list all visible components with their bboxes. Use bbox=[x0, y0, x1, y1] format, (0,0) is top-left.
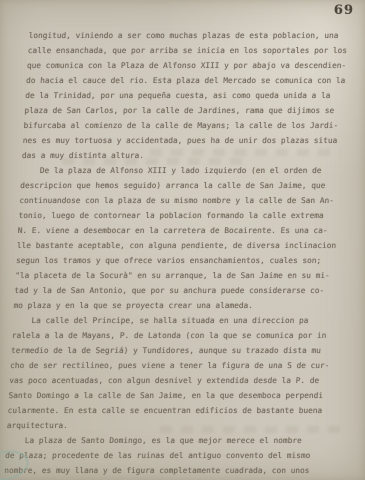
text-line: N. E. viene a desembocar en la carretera… bbox=[17, 223, 348, 238]
text-line: de la Trinidad, por una pequeña cuesta, … bbox=[25, 88, 356, 103]
ghost-text-smudge bbox=[62, 158, 247, 165]
text-line: "la placeta de la Socurà" en su arranque… bbox=[15, 268, 346, 283]
scanned-document-page: 69 longitud, viniendo a ser como muchas … bbox=[0, 0, 365, 480]
text-line: continuandose con la plaza de su mismo n… bbox=[19, 193, 350, 208]
text-line: vas poco acentuadas, con algun desnivel … bbox=[9, 373, 340, 388]
text-line: cularmente. En esta calle se encuentran … bbox=[7, 403, 338, 418]
text-line: La plaza de Santo Domingo, es la que mej… bbox=[6, 433, 337, 448]
text-line: tonio, luego de contornear la poblacion … bbox=[18, 208, 349, 223]
text-line: calle ensanchada, que por arriba se inic… bbox=[27, 43, 358, 58]
ghost-text-smudge bbox=[160, 426, 340, 433]
ghost-text-smudge bbox=[150, 149, 340, 156]
page-number: 69 bbox=[334, 3, 354, 18]
text-line: segun los tramos y que ofrece varios ens… bbox=[16, 253, 347, 268]
text-line: descripcion que hemos seguido) arranca l… bbox=[20, 178, 351, 193]
text-line: nombre, es muy llana y de figura complet… bbox=[4, 463, 335, 478]
text-line: longitud, viniendo a ser como muchas pla… bbox=[28, 28, 359, 43]
text-line: lle bastante aceptable, con alguna pendi… bbox=[16, 238, 347, 253]
text-line: bifurcaba al comienzo de la calle de May… bbox=[23, 118, 354, 133]
text-line: termedio de la de Segriá) y Tundidores, … bbox=[11, 343, 342, 358]
text-line: tad y la de San Antonio, que por su anch… bbox=[14, 283, 345, 298]
text-line: Santo Domingo a la calle de San Jaime, e… bbox=[8, 388, 339, 403]
text-line: nes es muy tortuosa y accidentada, pues … bbox=[22, 133, 353, 148]
typewritten-text-block: longitud, viniendo a ser como muchas pla… bbox=[4, 28, 359, 478]
text-line: mo plaza y en la que se proyecta crear u… bbox=[13, 298, 344, 313]
text-line: do hacia el cauce del rio. Esta plaza de… bbox=[26, 73, 357, 88]
text-line: De la plaza de Alfonso XIII y lado izqui… bbox=[21, 163, 352, 178]
text-line: ralela a la de Mayans, P. de Latonda (co… bbox=[11, 328, 342, 343]
text-line: que comunica con la Plaza de Alfonso XII… bbox=[26, 58, 357, 73]
text-line: cho de ser rectilineo, pues viene a tene… bbox=[10, 358, 341, 373]
text-line: La calle del Principe, se halla situada … bbox=[12, 313, 343, 328]
text-line: de plaza; procedente de las ruinas del a… bbox=[5, 448, 336, 463]
text-line: plaza de San Carlos, por la calle de Jar… bbox=[24, 103, 355, 118]
